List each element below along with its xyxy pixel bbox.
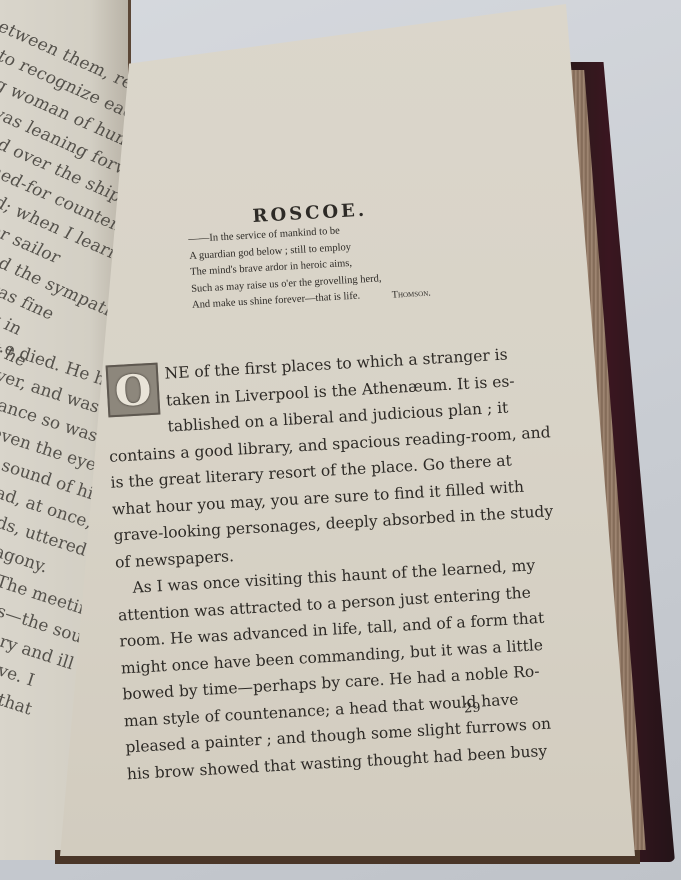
page-number: 29	[464, 701, 481, 717]
epigraph: ——In the service of mankind to be A guar…	[188, 219, 431, 315]
body-text: NE of the first places to which a strang…	[104, 341, 547, 788]
